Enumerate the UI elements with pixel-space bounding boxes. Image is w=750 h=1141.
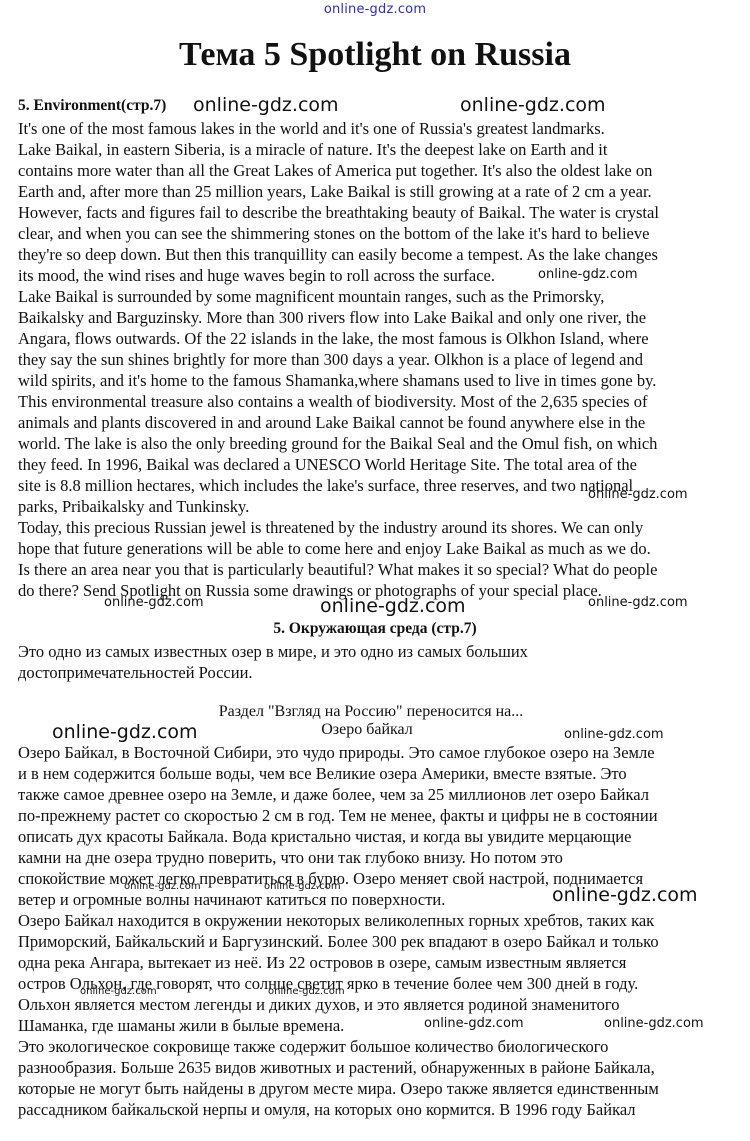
text-line: contains more water than all the Great L… <box>18 160 652 181</box>
text-line: Lake Baikal is surrounded by some magnif… <box>18 286 604 307</box>
text-line: Озеро Байкал находится в окружении некот… <box>18 910 654 931</box>
watermark: online-gdz.com <box>193 94 339 116</box>
text-line: камни на дне озера трудно поверить, что … <box>18 847 563 868</box>
watermark: online-gdz.com <box>80 986 157 997</box>
watermark: online-gdz.com <box>52 721 198 743</box>
watermark: online-gdz.com <box>588 595 688 610</box>
text-line: также самое древнее озеро на Земле, и да… <box>18 784 649 805</box>
watermark: online-gdz.com <box>320 595 466 617</box>
text-line: Angara, flows outwards. Of the 22 island… <box>18 328 649 349</box>
watermark: online-gdz.com <box>424 1016 524 1031</box>
watermark: online-gdz.com <box>124 881 201 892</box>
text-line: разнообразия. Больше 2635 видов животных… <box>18 1057 655 1078</box>
text-line: they feed. In 1996, Baikal was declared … <box>18 454 637 475</box>
watermark: online-gdz.com <box>268 986 345 997</box>
watermark: online-gdz.com <box>460 94 606 116</box>
text-line: they say the sun shines brightly for mor… <box>18 349 643 370</box>
watermark: online-gdz.com <box>104 595 204 610</box>
text-line: It's one of the most famous lakes in the… <box>18 118 605 139</box>
text-line: Earth and, after more than 25 million ye… <box>18 181 652 202</box>
russian-heading: 5. Окружающая среда (стр.7) <box>0 620 750 638</box>
text-line: рассадником байкальской нерпы и омуля, н… <box>18 1099 636 1120</box>
top-watermark: online-gdz.com <box>0 2 750 17</box>
watermark: online-gdz.com <box>588 487 688 502</box>
text-line: However, facts and figures fail to descr… <box>18 202 659 223</box>
text-line: Baikalsky and Barguzinsky. More than 300… <box>18 307 646 328</box>
text-line: clear, and when you can see the shimmeri… <box>18 223 649 244</box>
text-line: Lake Baikal, in eastern Siberia, is a mi… <box>18 139 607 160</box>
watermark: online-gdz.com <box>564 727 664 742</box>
text-line: world. The lake is also the only breedin… <box>18 433 657 454</box>
watermark: online-gdz.com <box>538 267 638 282</box>
text-line: Шаманка, где шаманы жили в былые времена… <box>18 1015 344 1036</box>
text-line: they're so deep down. But then this tran… <box>18 244 658 265</box>
text-line: animals and plants discovered in and aro… <box>18 412 645 433</box>
page-title: Тема 5 Spotlight on Russia <box>0 36 750 74</box>
text-line: Озеро Байкал, в Восточной Сибири, это чу… <box>18 742 655 763</box>
text-line: описать дух красоты Байкала. Вода криста… <box>18 826 631 847</box>
text-line: its mood, the wind rises and huge waves … <box>18 265 495 286</box>
text-line: Ольхон является местом легенды и диких д… <box>18 994 619 1015</box>
watermark: online-gdz.com <box>604 1016 704 1031</box>
text-line: hope that future generations will be abl… <box>18 538 651 559</box>
text-line: Is there an area near you that is partic… <box>18 559 657 580</box>
text-line: This environmental treasure also contain… <box>18 391 647 412</box>
watermark: online-gdz.com <box>264 881 341 892</box>
english-heading: 5. Environment(стр.7) <box>18 97 166 115</box>
section-note: Раздел "Взгляд на Россию" переносится на… <box>0 703 746 721</box>
text-line: Приморский, Байкальский и Баргузинский. … <box>18 931 659 952</box>
text-line: Это одно из самых известных озер в мире,… <box>18 641 528 662</box>
text-line: одна река Ангара, вытекает из неё. Из 22… <box>18 952 626 973</box>
text-line: wild spirits, and it's home to the famou… <box>18 370 656 391</box>
text-line: Today, this precious Russian jewel is th… <box>18 517 643 538</box>
text-line: по-прежнему растет со скоростью 2 см в г… <box>18 805 658 826</box>
text-line: Это экологическое сокровище также содерж… <box>18 1036 608 1057</box>
text-line: ветер и огромные волны начинают катиться… <box>18 889 445 910</box>
watermark: online-gdz.com <box>552 884 698 906</box>
text-line: которые не могут быть найдены в другом м… <box>18 1078 659 1099</box>
text-line: site is 8.8 million hectares, which incl… <box>18 475 633 496</box>
text-line: достопримечательностей России. <box>18 662 253 683</box>
text-line: и в нем содержится больше воды, чем все … <box>18 763 627 784</box>
text-line: parks, Pribaikalsky and Tunkinsky. <box>18 496 249 517</box>
